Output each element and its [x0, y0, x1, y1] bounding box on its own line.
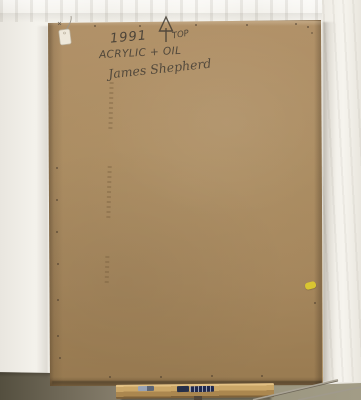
handwritten-year: 1991	[109, 28, 147, 46]
yellow-sticker	[304, 281, 316, 290]
tray-sticker-navy-label	[190, 385, 214, 391]
board-cast-shadow-left	[36, 26, 48, 378]
faint-stamp-1	[108, 82, 113, 130]
faint-stamp-2	[106, 166, 111, 220]
faint-stamp-3	[105, 256, 110, 286]
top-label: TOP	[171, 29, 189, 42]
handwritten-medium: ACRYLIC + OIL	[99, 45, 182, 61]
photo-back-of-painting: 1991 ACRYLIC + OIL James Shepherd TOP	[0, 0, 361, 400]
tray-sticker-dark	[177, 385, 189, 391]
board-cast-shadow-right	[323, 22, 336, 382]
tray-sticker-gray	[138, 386, 154, 391]
easel-leg	[194, 396, 202, 400]
hardboard-panel: 1991 ACRYLIC + OIL James Shepherd TOP	[48, 19, 323, 386]
